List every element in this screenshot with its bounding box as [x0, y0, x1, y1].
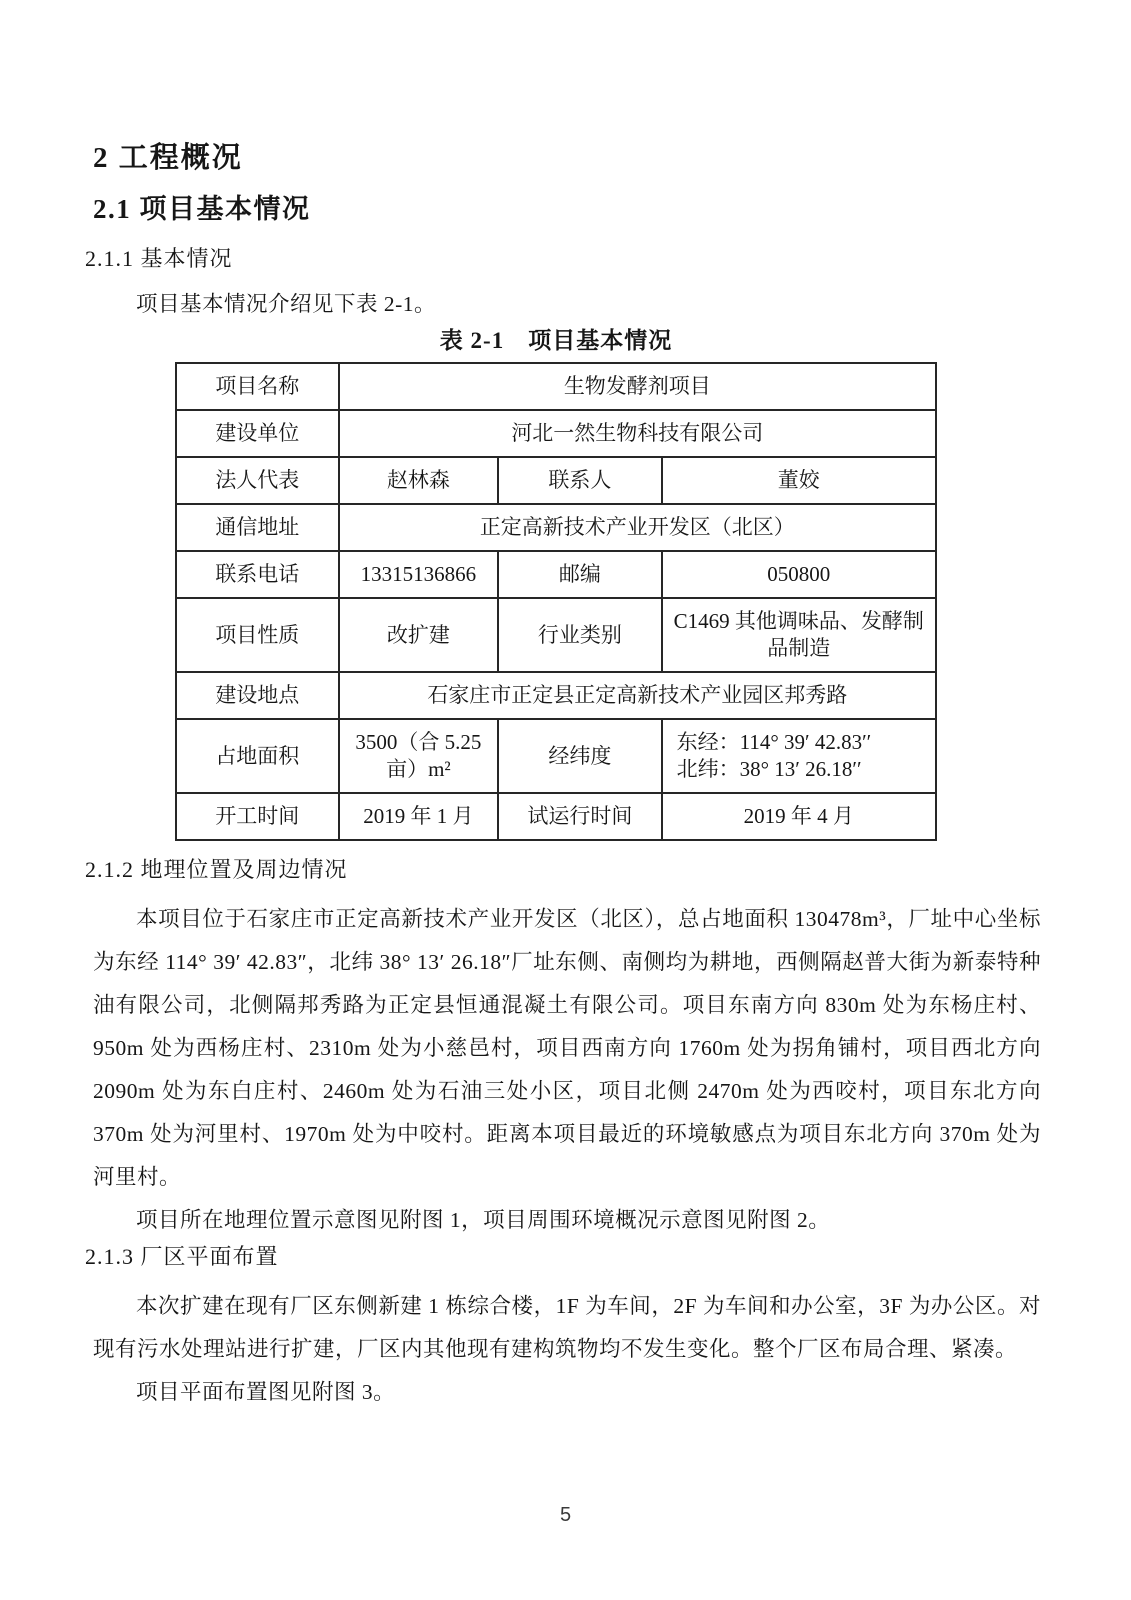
figure-3-note: 项目平面布置图见附图 3。	[93, 1371, 1041, 1414]
cell-label-project-name: 项目名称	[176, 363, 339, 410]
heading-subsection-location: 2.1.2 地理位置及周边情况	[85, 855, 1041, 884]
cell-label-industry-category: 行业类别	[498, 598, 661, 672]
page-content: 2 工程概况 2.1 项目基本情况 2.1.1 基本情况 项目基本情况介绍见下表…	[0, 0, 1131, 1414]
basic-info-table-block: 表 2-1 项目基本情况 项目名称 生物发酵剂项目 建设单位 河北一然生物科技有…	[175, 326, 937, 841]
cell-value-construction-unit: 河北一然生物科技有限公司	[339, 410, 936, 457]
heading-section: 2.1 项目基本情况	[93, 192, 1041, 226]
table-row-phone: 联系电话 13315136866 邮编 050800	[176, 551, 936, 598]
cell-value-land-area: 3500（合 5.25 亩）m²	[339, 719, 499, 793]
cell-value-project-nature: 改扩建	[339, 598, 499, 672]
document-page: 2 工程概况 2.1 项目基本情况 2.1.1 基本情况 项目基本情况介绍见下表…	[0, 0, 1131, 1600]
cell-value-phone: 13315136866	[339, 551, 499, 598]
cell-label-phone: 联系电话	[176, 551, 339, 598]
cell-value-project-name: 生物发酵剂项目	[339, 363, 936, 410]
table-row-project-nature: 项目性质 改扩建 行业类别 C1469 其他调味品、发酵制品制造	[176, 598, 936, 672]
cell-label-construction-unit: 建设单位	[176, 410, 339, 457]
intro-paragraph: 项目基本情况介绍见下表 2-1。	[93, 283, 1041, 326]
cell-label-mailing-address: 通信地址	[176, 504, 339, 551]
table-row-mailing-address: 通信地址 正定高新技术产业开发区（北区）	[176, 504, 936, 551]
cell-value-trial-run-date: 2019 年 4 月	[662, 793, 936, 840]
cell-value-legal-representative: 赵林森	[339, 457, 499, 504]
cell-label-coordinates: 经纬度	[498, 719, 661, 793]
location-paragraph: 本项目位于石家庄市正定高新技术产业开发区（北区），总占地面积 130478m³，…	[93, 898, 1041, 1199]
layout-paragraph: 本次扩建在现有厂区东侧新建 1 栋综合楼，1F 为车间，2F 为车间和办公室，3…	[93, 1285, 1041, 1371]
table-row-project-name: 项目名称 生物发酵剂项目	[176, 363, 936, 410]
cell-label-trial-run-date: 试运行时间	[498, 793, 661, 840]
cell-value-postcode: 050800	[662, 551, 936, 598]
cell-value-contact-person: 董姣	[662, 457, 936, 504]
cell-label-land-area: 占地面积	[176, 719, 339, 793]
cell-label-legal-representative: 法人代表	[176, 457, 339, 504]
table-row-construction-unit: 建设单位 河北一然生物科技有限公司	[176, 410, 936, 457]
table-row-start-date: 开工时间 2019 年 1 月 试运行时间 2019 年 4 月	[176, 793, 936, 840]
page-number: 5	[0, 1504, 1131, 1527]
heading-chapter: 2 工程概况	[93, 140, 1041, 176]
cell-label-construction-site: 建设地点	[176, 672, 339, 719]
table-caption: 表 2-1 项目基本情况	[175, 326, 937, 356]
cell-value-construction-site: 石家庄市正定县正定高新技术产业园区邦秀路	[339, 672, 936, 719]
cell-value-start-date: 2019 年 1 月	[339, 793, 499, 840]
cell-label-project-nature: 项目性质	[176, 598, 339, 672]
table-row-construction-site: 建设地点 石家庄市正定县正定高新技术产业园区邦秀路	[176, 672, 936, 719]
table-row-land-area: 占地面积 3500（合 5.25 亩）m² 经纬度 东经：114° 39′ 42…	[176, 719, 936, 793]
basic-info-table: 项目名称 生物发酵剂项目 建设单位 河北一然生物科技有限公司 法人代表 赵林森 …	[175, 362, 937, 841]
heading-subsection-layout: 2.1.3 厂区平面布置	[85, 1242, 1041, 1271]
cell-label-contact-person: 联系人	[498, 457, 661, 504]
table-row-legal-representative: 法人代表 赵林森 联系人 董姣	[176, 457, 936, 504]
cell-value-mailing-address: 正定高新技术产业开发区（北区）	[339, 504, 936, 551]
figures-1-2-note: 项目所在地理位置示意图见附图 1，项目周围环境概况示意图见附图 2。	[93, 1199, 1041, 1242]
cell-label-start-date: 开工时间	[176, 793, 339, 840]
cell-value-industry-category: C1469 其他调味品、发酵制品制造	[662, 598, 936, 672]
cell-value-coordinates: 东经：114° 39′ 42.83′′ 北纬：38° 13′ 26.18′′	[662, 719, 936, 793]
heading-subsection-basic: 2.1.1 基本情况	[85, 244, 1041, 273]
cell-label-postcode: 邮编	[498, 551, 661, 598]
